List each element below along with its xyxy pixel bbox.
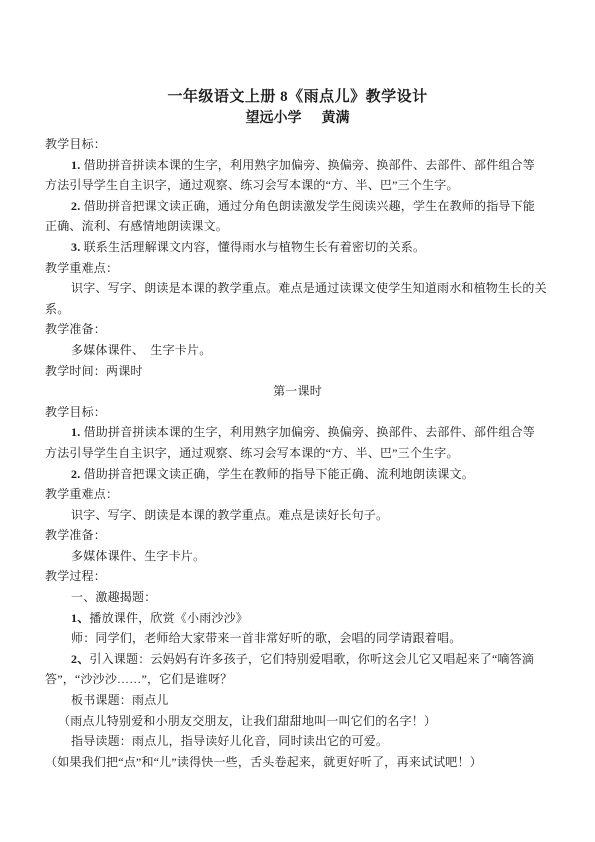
text-line: 1、播放课件，欣赏《小雨沙沙》 [45, 608, 550, 629]
text-line: 1. 借助拼音拼读本课的生字，利用熟字加偏旁、换偏旁、换部件、去部件、部件组合等 [45, 155, 550, 176]
document-body: 教学目标：1. 借助拼音拼读本课的生字，利用熟字加偏旁、换偏旁、换部件、去部件、… [45, 134, 550, 772]
text-line: 教学时间：两课时 [45, 361, 550, 382]
text-line: 识字、写字、朗读是本课的教学重点。难点是读好长句子。 [45, 505, 550, 526]
list-number: 1. [71, 158, 80, 172]
document-subtitle: 望远小学黄满 [45, 108, 550, 129]
text-line: 多媒体课件、生字卡片。 [45, 546, 550, 567]
text-line: 教学目标： [45, 402, 550, 423]
list-number: 2、 [71, 652, 89, 666]
text-line: 系。 [45, 299, 550, 320]
document-content: 一年级语文上册 8《雨点儿》教学设计 望远小学黄满 教学目标：1. 借助拼音拼读… [45, 86, 550, 772]
text-line: 1. 借助拼音拼读本课的生字，利用熟字加偏旁、换偏旁、换部件、去部件、部件组合等 [45, 422, 550, 443]
text-line: 答”，“沙沙沙……”，它们是谁呀？ [45, 669, 550, 690]
document-page: 一年级语文上册 8《雨点儿》教学设计 望远小学黄满 教学目标：1. 借助拼音拼读… [0, 0, 595, 842]
text-line: 第一课时 [45, 381, 550, 402]
text-line: 方法引导学生自主识字，通过观察、练习会写本课的“方、半、巴”三个生字。 [45, 443, 550, 464]
text-line: 2、引入课题：云妈妈有许多孩子，它们特别爱唱歌，你听这会儿它又唱起来了“嘀答滴 [45, 649, 550, 670]
text-line: （雨点儿特别爱和小朋友交朋友，让我们甜甜地叫一叫它们的名字！） [45, 711, 550, 732]
text-line: （如果我们把“点”和“儿”读得快一些，舌头卷起来，就更好听了，再来试试吧！） [45, 752, 550, 773]
subtitle-author: 黄满 [322, 111, 350, 126]
list-number: 1、 [71, 611, 89, 625]
text-line: 教学目标： [45, 134, 550, 155]
text-line: 正确、流利、有感情地朗读课文。 [45, 216, 550, 237]
text-line: 2. 借助拼音把课文读正确，通过分角色朗读激发学生阅读兴趣，学生在教师的指导下能 [45, 196, 550, 217]
list-number: 1. [71, 425, 80, 439]
text-line: 教学重难点： [45, 258, 550, 279]
text-line: 教学过程： [45, 566, 550, 587]
text-line: 教学准备： [45, 525, 550, 546]
list-number: 2. [71, 467, 80, 481]
text-line: 方法引导学生自主识字，通过观察、练习会写本课的“方、半、巴”三个生字。 [45, 175, 550, 196]
document-title: 一年级语文上册 8《雨点儿》教学设计 [45, 86, 550, 108]
text-line: 识字、写字、朗读是本课的教学重点。难点是通过读课文使学生知道雨水和植物生长的关 [45, 278, 550, 299]
text-line: 2. 借助拼音把课文读正确，学生在教师的指导下能正确、流利地朗读课文。 [45, 464, 550, 485]
text-line: 3. 联系生活理解课文内容，懂得雨水与植物生长有着密切的关系。 [45, 237, 550, 258]
text-line: 一、激趣揭题： [45, 587, 550, 608]
list-number: 3. [71, 240, 80, 254]
text-line: 师：同学们，老师给大家带来一首非常好听的歌，会唱的同学请跟着唱。 [45, 628, 550, 649]
list-number: 2. [71, 199, 80, 213]
text-line: 教学准备： [45, 319, 550, 340]
subtitle-school: 望远小学 [246, 108, 302, 129]
text-line: 板书课题：雨点儿 [45, 690, 550, 711]
text-line: 指导读题：雨点儿，指导读好儿化音，同时读出它的可爱。 [45, 731, 550, 752]
text-line: 教学重难点： [45, 484, 550, 505]
text-line: 多媒体课件、 生字卡片。 [45, 340, 550, 361]
